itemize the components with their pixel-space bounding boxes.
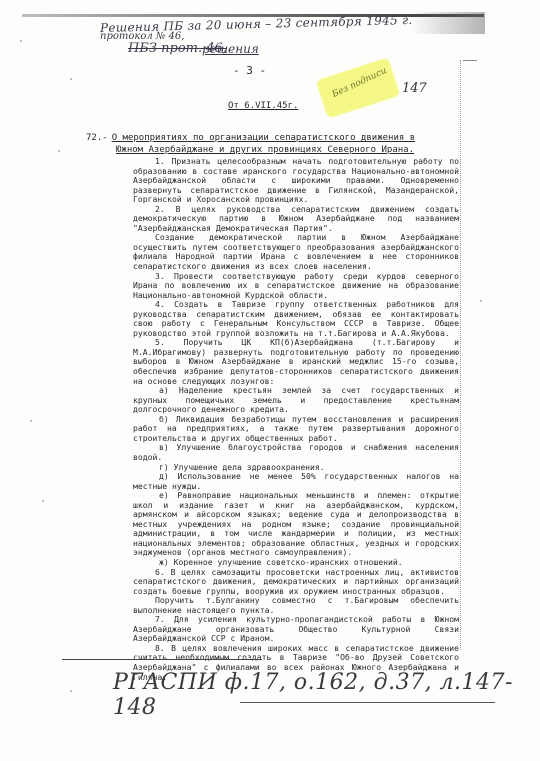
archive-reference: РГАСПИ ф.17, о.162, д.37, л.147-148 (113, 670, 540, 720)
separator-line (62, 659, 262, 660)
scan-speck (42, 500, 44, 502)
paragraph: д) Использование не менее 50% государств… (133, 472, 459, 491)
paragraph: 3. Провести соответствующую работу среди… (133, 272, 459, 301)
item-number: 72.- (86, 133, 108, 143)
paragraph: в) Улучшение благоустройства городов и с… (133, 443, 459, 462)
document-body: 1. Признать целесообразным начать подгот… (133, 157, 459, 682)
paragraph: 7. Для усиления культурно-пропагандистск… (133, 615, 459, 644)
item-title-line1: О мероприятиях по организации сепаратист… (112, 133, 415, 143)
paragraph: 5. Поручить ЦК КП(б)Азербайджана (т.т.Ба… (133, 338, 459, 386)
page-number: - 3 - (233, 64, 266, 77)
scan-speck (58, 150, 60, 152)
paragraph: Поручить т.Булганину совместно с т.Багир… (133, 596, 459, 615)
item-title-line2: Южном Азербайджане и других провинциях С… (116, 145, 414, 155)
document-page: Решения ПБ за 20 июня – 23 сентября 1945… (0, 0, 540, 761)
scan-speck (20, 40, 22, 42)
handwritten-header-tail: решения (202, 42, 259, 56)
paragraph: 1. Признать целесообразным начать подгот… (133, 157, 459, 205)
paragraph: б) Ликвидация безработицы путем восстано… (133, 415, 459, 444)
paragraph: а) Наделение крестьян землей за счет гос… (133, 386, 459, 415)
paragraph: 2. В целях руководства сепаратистским дв… (133, 205, 459, 234)
page-edge-corner (463, 60, 477, 67)
paragraph: е) Равноправие национальных меньшинств и… (133, 491, 459, 558)
folio-number: 147 (402, 81, 427, 96)
scan-shadow (410, 12, 485, 34)
paragraph: 4. Создать в Тавризе группу ответственны… (133, 300, 459, 338)
scan-speck (70, 78, 72, 80)
paragraph: Создание демократической партии в Южном … (133, 233, 459, 271)
document-date: От 6.VII.45г. (228, 101, 298, 111)
scan-speck (480, 300, 482, 302)
paragraph: 6. В целях самозащиты просоветски настро… (133, 568, 459, 597)
scan-speck (30, 420, 32, 422)
item-title: 72.-О мероприятиях по организации сепара… (86, 132, 466, 156)
separator-line-bottom (240, 702, 495, 703)
scan-speck (70, 690, 72, 692)
